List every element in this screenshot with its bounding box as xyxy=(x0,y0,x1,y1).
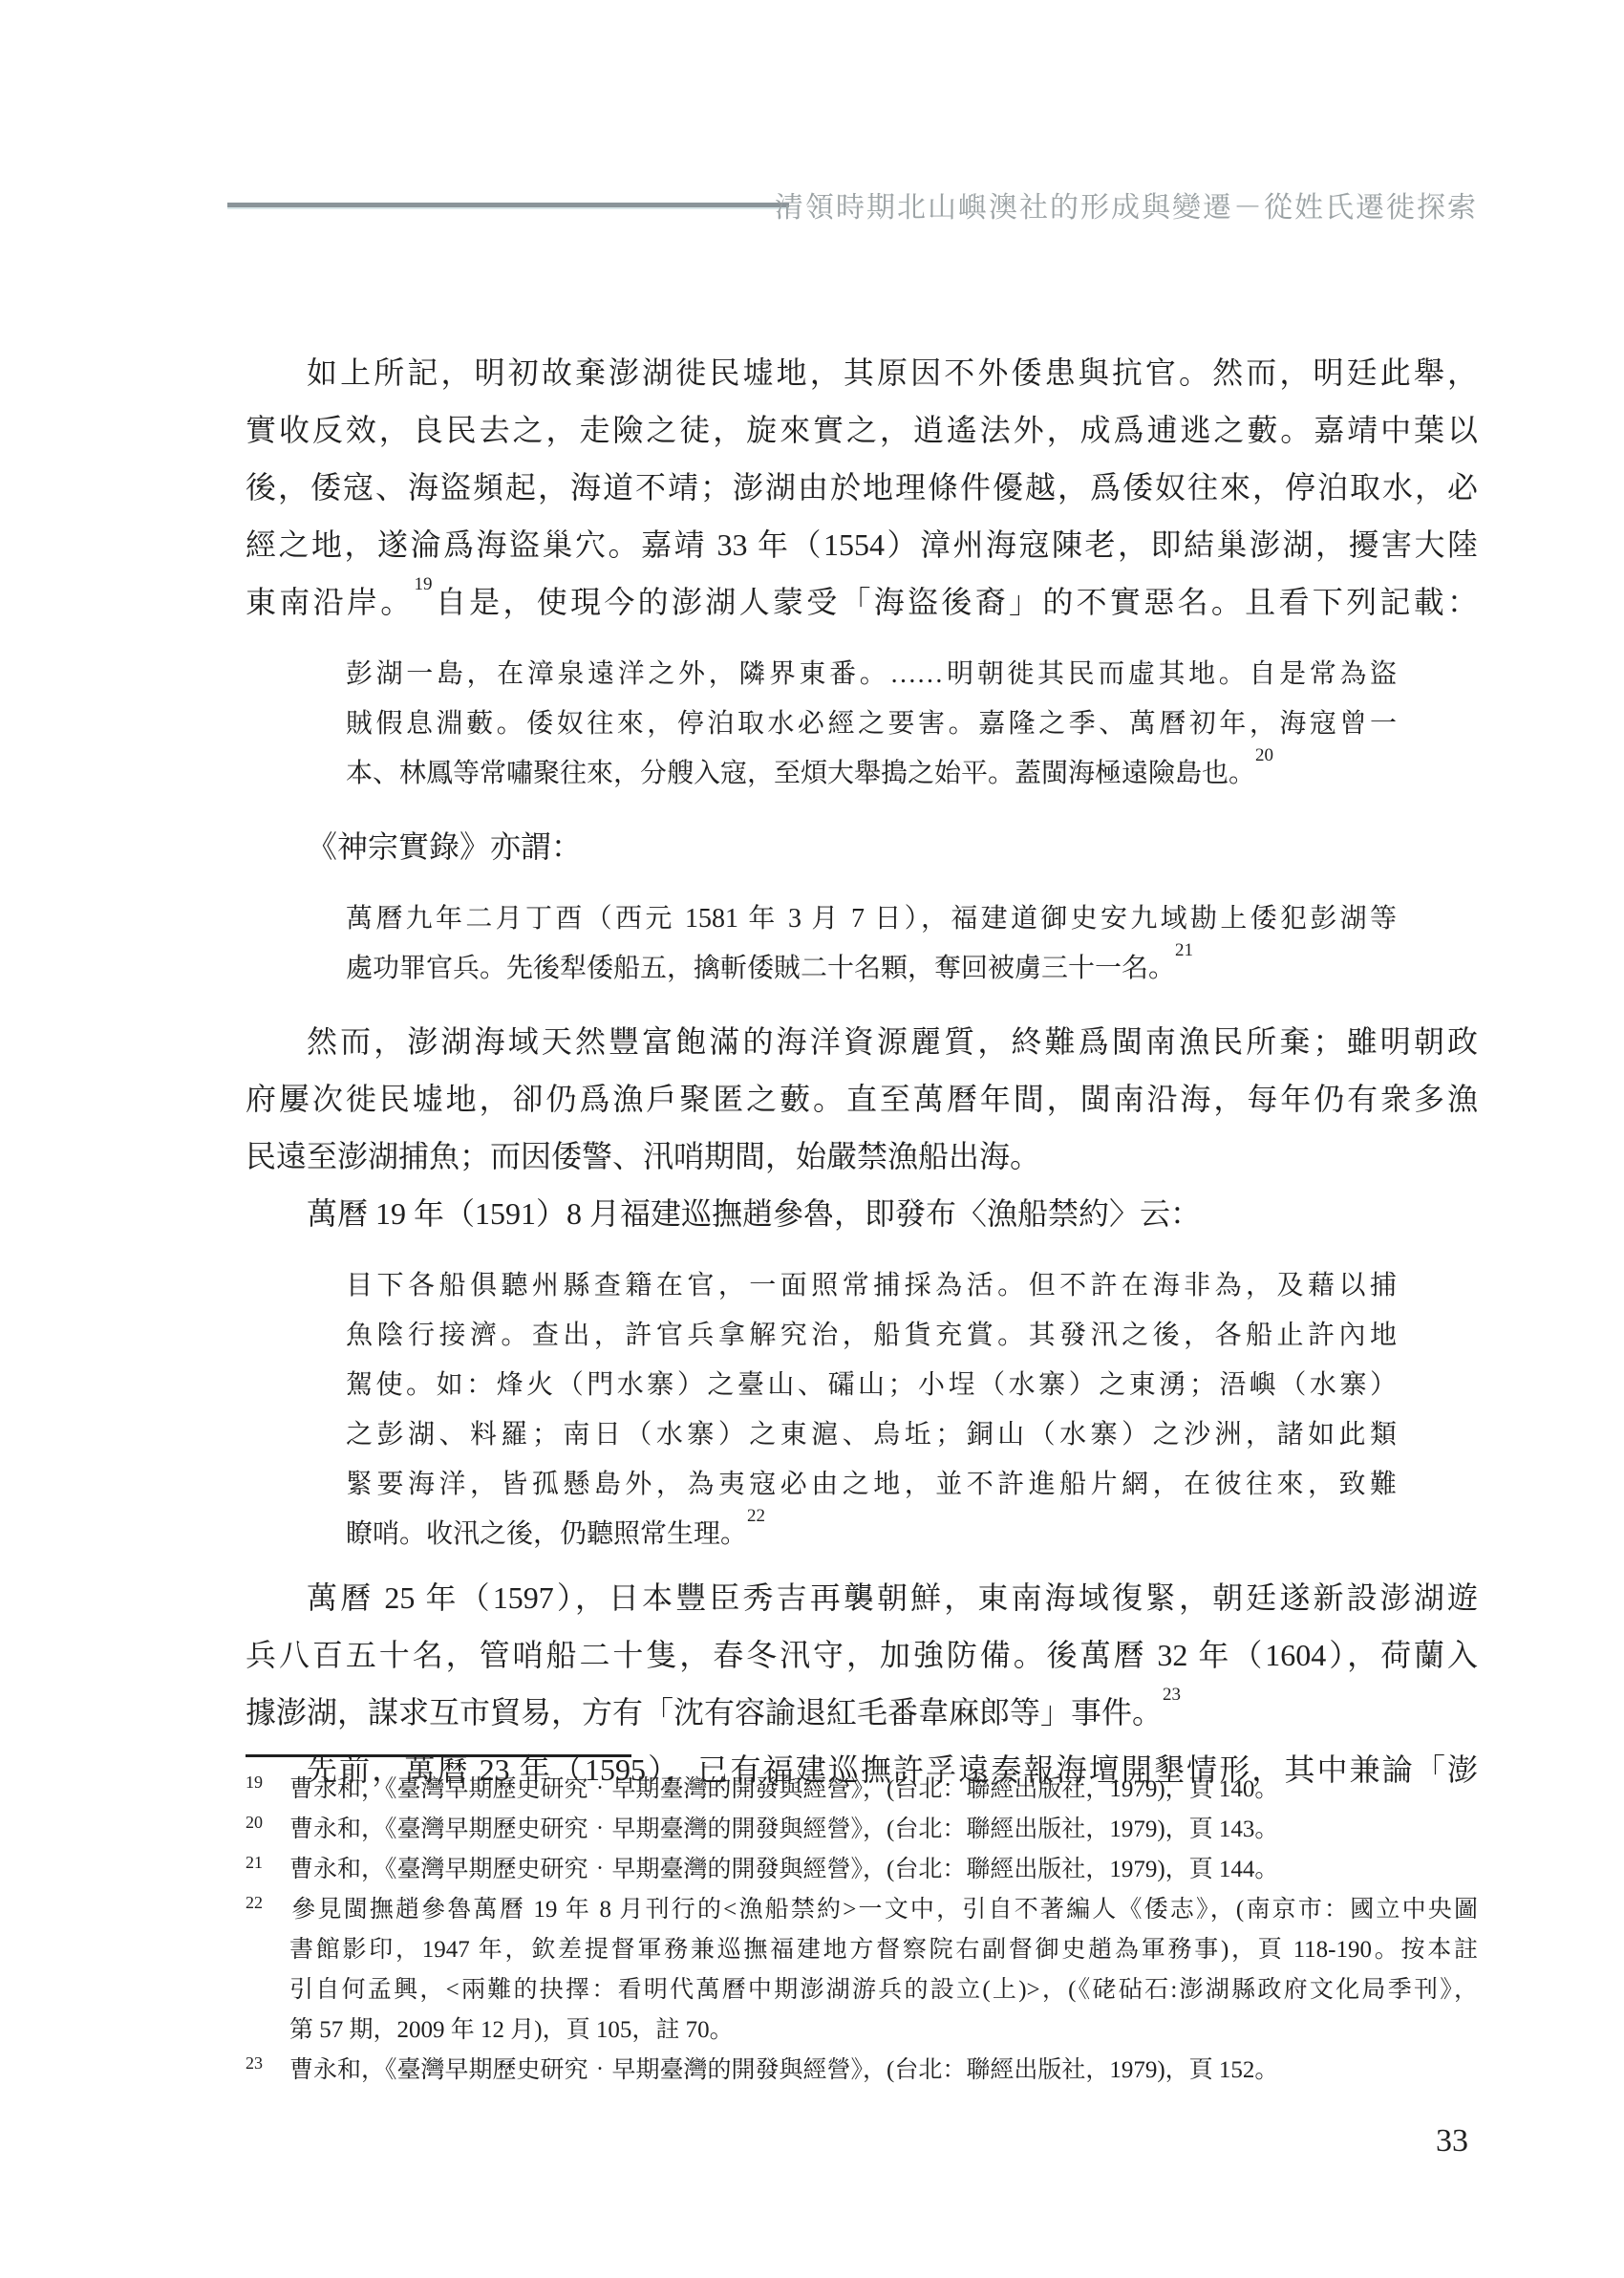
text-line: 民遠至澎湖捕魚；而因倭警、汛哨期間，始嚴禁漁船出海。 xyxy=(246,1128,1478,1185)
body-text: 如上所記，明初故棄澎湖徙民墟地，其原因不外倭患與抗官。然而，明廷此舉，實收反效，… xyxy=(246,344,1478,1798)
footnote: 20曹永和，《臺灣早期歷史研究‧早期臺灣的開發與經營》，(台北：聯經出版社，19… xyxy=(246,1810,1478,1850)
text-line: 彭湖一島，在漳泉遠洋之外，隣界東番。……明朝徙其民而虛其地。自是常為盜 xyxy=(346,650,1397,699)
quote-block: 萬曆九年二月丁酉（西元 1581 年 3 月 7 日），福建道御史安九域勘上倭犯… xyxy=(346,894,1397,994)
footnote: 19曹永和，《臺灣早期歷史研究‧早期臺灣的開發與經營》，(台北：聯經出版社，19… xyxy=(246,1770,1478,1810)
footnote-line: 19曹永和，《臺灣早期歷史研究‧早期臺灣的開發與經營》，(台北：聯經出版社，19… xyxy=(246,1770,1478,1810)
paragraph: 如上所記，明初故棄澎湖徙民墟地，其原因不外倭患與抗官。然而，明廷此舉，實收反效，… xyxy=(246,344,1478,631)
footnote-line: 21曹永和，《臺灣早期歷史研究‧早期臺灣的開發與經營》，(台北：聯經出版社，19… xyxy=(246,1850,1478,1890)
text-line: 目下各船俱聽州縣查籍在官，一面照常捕採為活。但不許在海非為，及藉以捕 xyxy=(346,1261,1397,1311)
text-line: 萬曆 19 年（1591）8 月福建巡撫趙參魯，即發布〈漁船禁約〉云： xyxy=(246,1185,1478,1242)
text-line: 萬曆 25 年（1597），日本豐臣秀吉再襲朝鮮，東南海域復緊，朝廷遂新設澎湖遊 xyxy=(246,1569,1478,1626)
footnote-ref: 22 xyxy=(747,1506,765,1526)
footnote-number: 19 xyxy=(246,1762,289,1802)
footnote-ref: 20 xyxy=(1255,745,1273,765)
footnote-ref: 21 xyxy=(1175,940,1193,960)
header-rule xyxy=(227,203,789,209)
text-line: 魚陰行接濟。查出，許官兵拿解究治，船貨充賞。其發汛之後，各船止許內地 xyxy=(346,1311,1397,1361)
footnote-ref: 23 xyxy=(1163,1685,1181,1705)
text-line: 府屢次徙民墟地，卻仍爲漁戶聚匿之藪。直至萬曆年間，閩南沿海，每年仍有衆多漁 xyxy=(246,1070,1478,1128)
running-header: 清領時期北山嶼澳社的形成與變遷－從姓氏遷徙探索 xyxy=(775,183,1478,226)
page-number: 33 xyxy=(1436,2123,1468,2160)
text-line: 實收反效，良民去之，走險之徒，旋來實之，逍遙法外，成爲逋逃之藪。嘉靖中葉以 xyxy=(246,401,1478,459)
footnote-separator xyxy=(246,1754,631,1757)
footnote-line: 20曹永和，《臺灣早期歷史研究‧早期臺灣的開發與經營》，(台北：聯經出版社，19… xyxy=(246,1810,1478,1850)
text-line: 如上所記，明初故棄澎湖徙民墟地，其原因不外倭患與抗官。然而，明廷此舉， xyxy=(246,344,1478,401)
text-line: 處功罪官兵。先後犁倭船五，擒斬倭賊二十名顆，奪回被虜三十一名。21 xyxy=(346,944,1397,994)
text-line: 東南沿岸。19自是，使現今的澎湖人蒙受「海盜後裔」的不實惡名。且看下列記載： xyxy=(246,573,1478,631)
footnote-line: 23曹永和，《臺灣早期歷史研究‧早期臺灣的開發與經營》，(台北：聯經出版社，19… xyxy=(246,2051,1478,2091)
footnote: 23曹永和，《臺灣早期歷史研究‧早期臺灣的開發與經營》，(台北：聯經出版社，19… xyxy=(246,2051,1478,2091)
footnote-number: 22 xyxy=(246,1882,289,1923)
footnote-ref: 19 xyxy=(415,574,433,594)
footnote-number: 20 xyxy=(246,1802,289,1842)
text-line: 然而，澎湖海域天然豐富飽滿的海洋資源麗質，終難爲閩南漁民所棄；雖明朝政 xyxy=(246,1013,1478,1070)
footnote: 21曹永和，《臺灣早期歷史研究‧早期臺灣的開發與經營》，(台北：聯經出版社，19… xyxy=(246,1850,1478,1890)
footnote-number: 23 xyxy=(246,2043,289,2083)
footnote-number: 21 xyxy=(246,1842,289,1882)
footnote-line: 書館影印，1947 年，欽差提督軍務兼巡撫福建地方督察院右副督御史趙為軍務事)，… xyxy=(246,1930,1478,1970)
text-line: 萬曆九年二月丁酉（西元 1581 年 3 月 7 日），福建道御史安九域勘上倭犯… xyxy=(346,894,1397,944)
text-line: 經之地，遂淪爲海盜巢穴。嘉靖 33 年（1554）漳州海寇陳老，即結巢澎湖，擾害… xyxy=(246,516,1478,573)
text-line: 駕使。如：烽火（門水寨）之臺山、礵山；小埕（水寨）之東湧；浯嶼（水寨） xyxy=(346,1361,1397,1410)
footnotes: 19曹永和，《臺灣早期歷史研究‧早期臺灣的開發與經營》，(台北：聯經出版社，19… xyxy=(246,1770,1478,2091)
text-line: 本、林鳳等常嘯聚往來，分艘入寇，至煩大舉搗之始平。蓋閩海極遠險島也。20 xyxy=(346,749,1397,799)
footnote-line: 第 57 期，2009 年 12 月)，頁 105，註 70。 xyxy=(246,2010,1478,2051)
footnote-line: 引自何孟興，<兩難的抉擇：看明代萬曆中期澎湖游兵的設立(上)>，(《硓砧石:澎湖… xyxy=(246,1970,1478,2010)
quote-block: 目下各船俱聽州縣查籍在官，一面照常捕採為活。但不許在海非為，及藉以捕魚陰行接濟。… xyxy=(346,1261,1397,1559)
text-line: 兵八百五十名，管哨船二十隻，春冬汛守，加強防備。後萬曆 32 年（1604），荷… xyxy=(246,1626,1478,1684)
text-line: 賊假息淵藪。倭奴往來，停泊取水必經之要害。嘉隆之季、萬曆初年，海寇曾一 xyxy=(346,699,1397,749)
text-line: 據澎湖，謀求互市貿易，方有「沈有容諭退紅毛番韋麻郎等」事件。23 xyxy=(246,1684,1478,1741)
text-line: 後，倭寇、海盜頻起，海道不靖；澎湖由於地理條件優越，爲倭奴往來，停泊取水，必 xyxy=(246,459,1478,516)
quote-block: 彭湖一島，在漳泉遠洋之外，隣界東番。……明朝徙其民而虛其地。自是常為盜賊假息淵藪… xyxy=(346,650,1397,799)
document-page: 清領時期北山嶼澳社的形成與變遷－從姓氏遷徙探索 如上所記，明初故棄澎湖徙民墟地，… xyxy=(0,0,1624,2278)
text-line: 之彭湖、料羅；南日（水寨）之東滬、烏坵；銅山（水寨）之沙洲，諸如此類 xyxy=(346,1410,1397,1460)
paragraph: 然而，澎湖海域天然豐富飽滿的海洋資源麗質，終難爲閩南漁民所棄；雖明朝政府屢次徙民… xyxy=(246,1013,1478,1242)
text-line: 緊要海洋，皆孤懸島外，為夷寇必由之地，並不許進船片網，在彼往來，致難 xyxy=(346,1460,1397,1510)
text-line: 瞭哨。收汛之後，仍聽照常生理。22 xyxy=(346,1510,1397,1559)
footnote-line: 22參見閩撫趙參魯萬曆 19 年 8 月刊行的<漁船禁約>一文中，引自不著編人《… xyxy=(246,1890,1478,1930)
text-line: 《神宗實錄》亦謂： xyxy=(246,818,1478,875)
footnote: 22參見閩撫趙參魯萬曆 19 年 8 月刊行的<漁船禁約>一文中，引自不著編人《… xyxy=(246,1890,1478,2051)
paragraph: 萬曆 25 年（1597），日本豐臣秀吉再襲朝鮮，東南海域復緊，朝廷遂新設澎湖遊… xyxy=(246,1569,1478,1798)
paragraph: 《神宗實錄》亦謂： xyxy=(246,818,1478,875)
